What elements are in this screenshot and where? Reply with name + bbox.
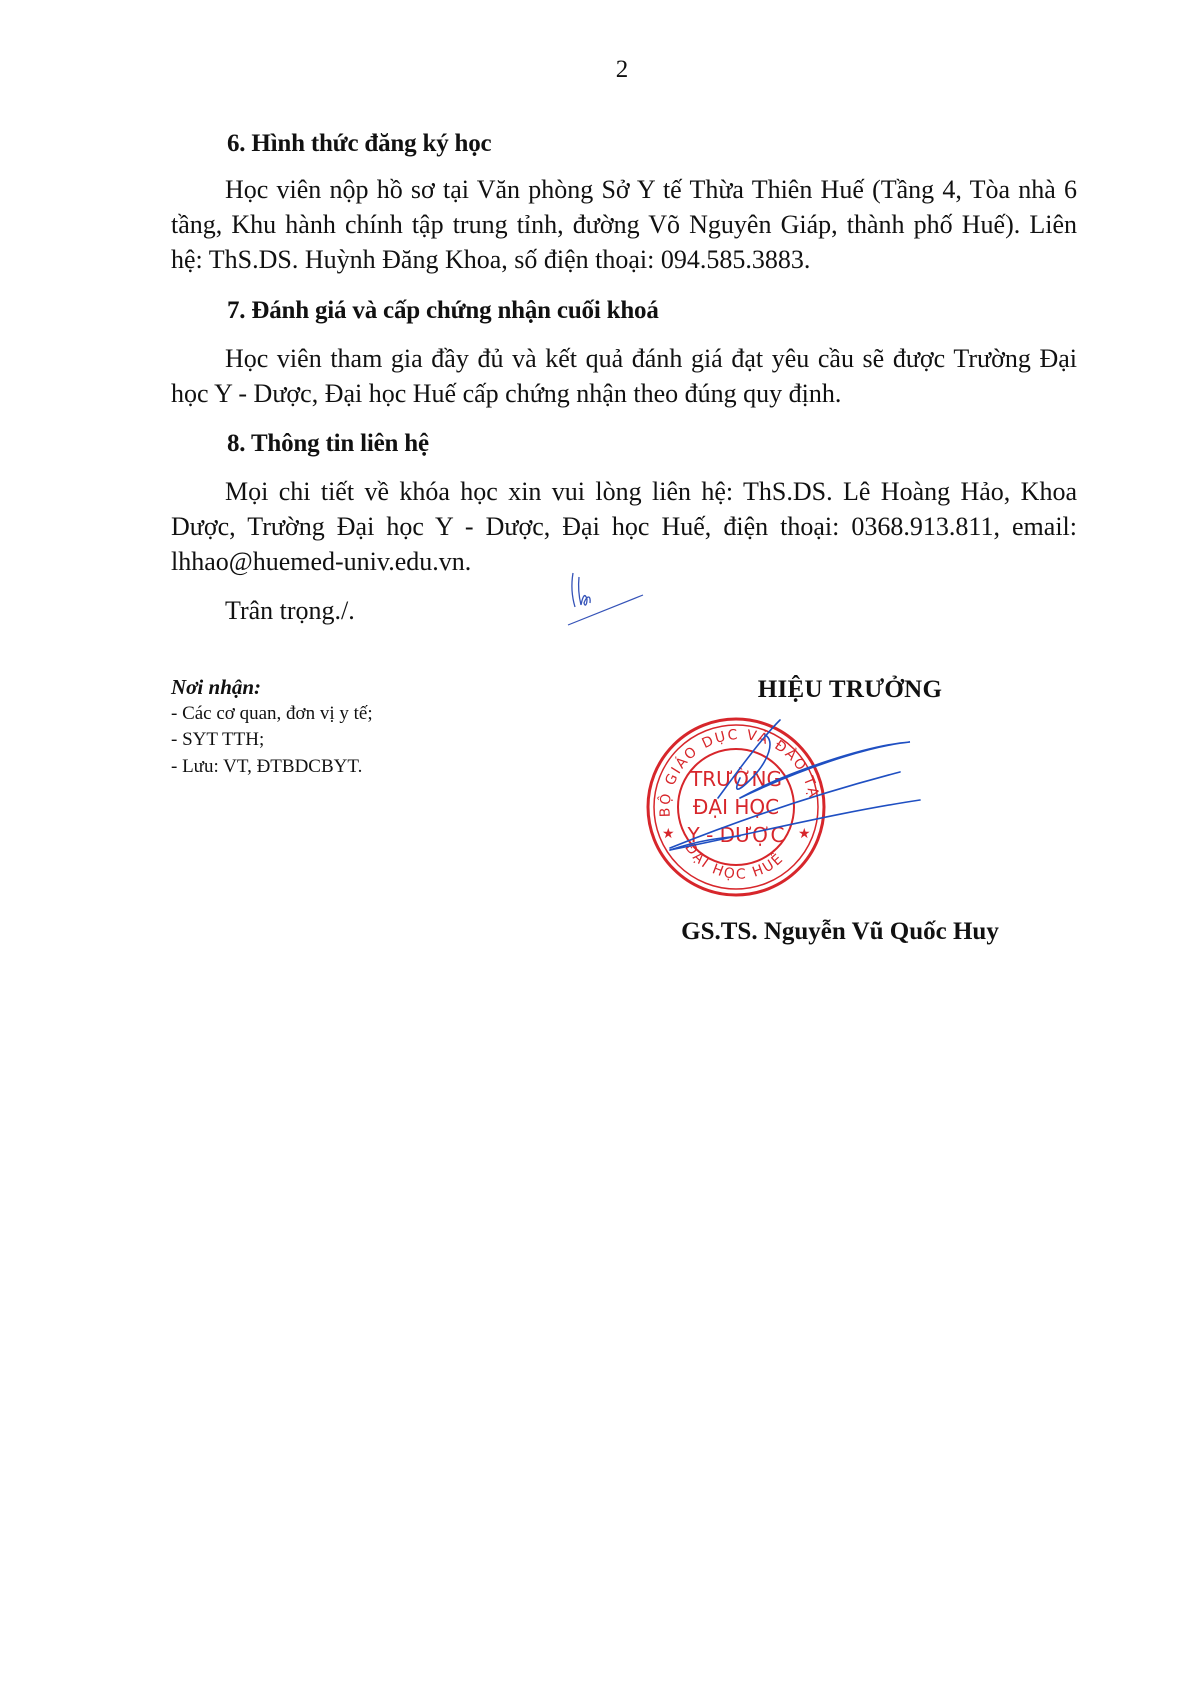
recipient-item: - Lưu: VT, ĐTBDCBYT.	[171, 754, 373, 781]
section-heading-7: 7. Đánh giá và cấp chứng nhận cuối khoá	[171, 293, 1077, 328]
recipients-block: Nơi nhận: - Các cơ quan, đơn vị y tế; - …	[171, 674, 373, 780]
handwritten-signature-icon	[640, 700, 1000, 900]
signer-name: GS.TS. Nguyễn Vũ Quốc Huy	[640, 918, 1040, 946]
section-body-8: Mọi chi tiết về khóa học xin vui lòng li…	[171, 474, 1077, 579]
recipient-item: - SYT TTH;	[171, 727, 373, 754]
page-number: 2	[0, 56, 1190, 84]
section-body-7: Học viên tham gia đầy đủ và kết quả đánh…	[171, 341, 1077, 411]
recipients-title: Nơi nhận:	[171, 674, 373, 701]
recipient-item: - Các cơ quan, đơn vị y tế;	[171, 701, 373, 728]
section-heading-8: 8. Thông tin liên hệ	[171, 426, 1077, 461]
section-body-6: Học viên nộp hồ sơ tại Văn phòng Sở Y tế…	[171, 172, 1077, 277]
initials-mark-icon	[565, 565, 645, 630]
section-heading-6: 6. Hình thức đăng ký học	[171, 126, 1077, 161]
